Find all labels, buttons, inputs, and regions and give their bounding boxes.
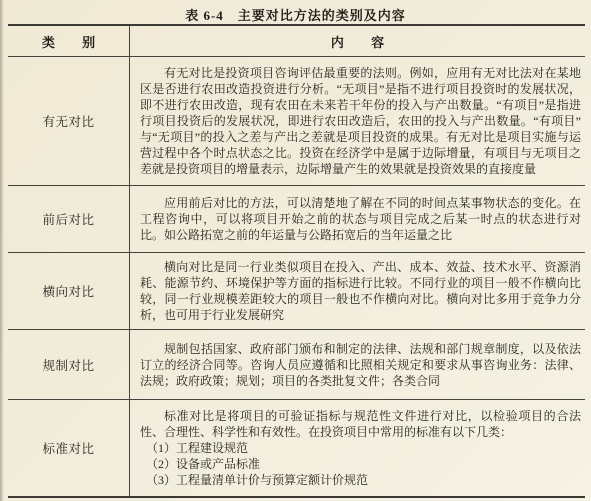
content-paragraph: 应用前后对比的方法，可以清楚地了解在不同的时间点某事物状态的变化。在工程咨询中，… [140, 195, 581, 243]
comparison-methods-table: 类 别 内 容 有无对比 有无对比是投资项目咨询评估最重要的法则。例如，应用有无… [8, 24, 585, 498]
category-cell: 前后对比 [8, 186, 130, 252]
header-cell-content: 内 容 [130, 26, 585, 56]
header-cell-category: 类 别 [8, 26, 130, 56]
header-label-content: 内 容 [324, 32, 392, 51]
table-row: 标准对比 标准对比是将项目的可验证指标与规范性文件进行对比，以检验项目的合法性、… [8, 400, 585, 496]
category-cell: 横向对比 [8, 253, 130, 329]
content-cell: 横向对比是同一行业类似项目在投入、产出、成本、效益、技术水平、资源消耗、能源节约… [130, 253, 585, 329]
content-cell: 标准对比是将项目的可验证指标与规范性文件进行对比，以检验项目的合法性、合理性、科… [130, 400, 585, 496]
scanned-page: 表 6-4 主要对比方法的类别及内容 类 别 内 容 有无对比 有无对比是投资项… [0, 0, 591, 501]
category-cell: 有无对比 [8, 57, 130, 185]
content-paragraph: 横向对比是同一行业类似项目在投入、产出、成本、效益、技术水平、资源消耗、能源节约… [140, 259, 581, 323]
table-row: 前后对比 应用前后对比的方法，可以清楚地了解在不同的时间点某事物状态的变化。在工… [8, 186, 585, 253]
content-list-item: （3）工程量清单计价与预算定额计价规范 [140, 472, 581, 488]
table-body: 有无对比 有无对比是投资项目咨询评估最重要的法则。例如，应用有无对比法对在某地区… [8, 57, 585, 496]
content-paragraph: 规制包括国家、政府部门颁布和制定的法律、法规和部门规章制度，以及依法订立的经济合… [140, 341, 581, 389]
category-label: 前后对比 [42, 210, 94, 228]
table-row: 规制对比 规制包括国家、政府部门颁布和制定的法律、法规和部门规章制度，以及依法订… [8, 330, 585, 400]
category-label: 有无对比 [42, 112, 94, 130]
category-cell: 标准对比 [8, 400, 130, 496]
content-list-item: （2）设备或产品标准 [140, 456, 581, 472]
table-header-row: 类 别 内 容 [8, 26, 585, 57]
content-paragraph: 有无对比是投资项目咨询评估最重要的法则。例如，应用有无对比法对在某地区是否进行农… [140, 65, 581, 177]
header-label-category: 类 别 [35, 32, 103, 51]
content-cell: 规制包括国家、政府部门颁布和制定的法律、法规和部门规章制度，以及依法订立的经济合… [130, 330, 585, 399]
content-cell: 有无对比是投资项目咨询评估最重要的法则。例如，应用有无对比法对在某地区是否进行农… [130, 57, 585, 185]
category-cell: 规制对比 [8, 330, 130, 399]
content-cell: 应用前后对比的方法，可以清楚地了解在不同的时间点某事物状态的变化。在工程咨询中，… [130, 186, 585, 252]
table-row: 横向对比 横向对比是同一行业类似项目在投入、产出、成本、效益、技术水平、资源消耗… [8, 253, 585, 330]
table-title: 表 6-4 主要对比方法的类别及内容 [0, 0, 591, 24]
content-list-item: （1）工程建设规范 [140, 440, 581, 456]
category-label: 标准对比 [42, 439, 94, 457]
category-label: 规制对比 [42, 356, 94, 374]
content-paragraph: 标准对比是将项目的可验证指标与规范性文件进行对比，以检验项目的合法性、合理性、科… [140, 408, 581, 440]
category-label: 横向对比 [42, 282, 94, 300]
table-row: 有无对比 有无对比是投资项目咨询评估最重要的法则。例如，应用有无对比法对在某地区… [8, 57, 585, 186]
